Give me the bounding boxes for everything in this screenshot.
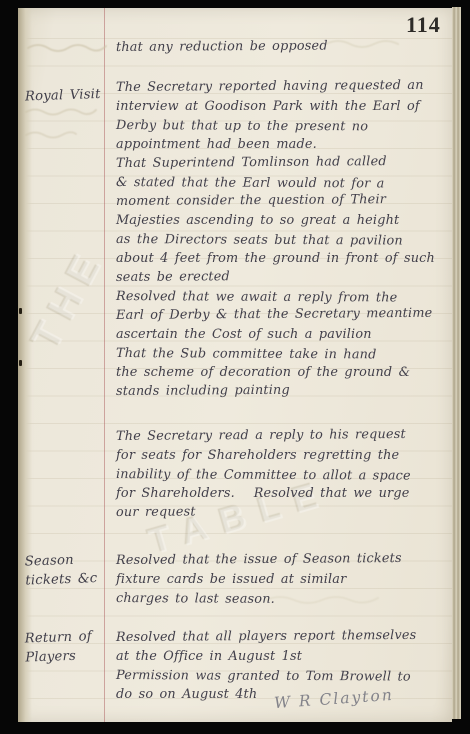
photographed-minute-book-page: THE TABLE 114 that any reduction be oppo…: [0, 0, 470, 734]
handwritten-line: That the Sub committee take in hand: [116, 344, 435, 365]
handwritten-line: fixture cards be issued at similar: [116, 570, 402, 589]
handwritten-line: interview at Goodison Park with the Earl…: [116, 97, 435, 116]
handwritten-line: Resolved that all players report themsel…: [116, 626, 417, 647]
embossed-watermark: THE: [23, 239, 114, 357]
handwritten-line: moment consider the question of Their: [116, 190, 435, 211]
margin-heading-line: Royal Visit: [25, 84, 114, 106]
handwritten-line: for seats for Shareholders regretting th…: [116, 446, 435, 465]
handwritten-line: seats be erected: [116, 266, 435, 287]
handwritten-line: Majesties ascending to so great a height: [116, 211, 435, 230]
handwritten-line: inability of the Committee to allot a sp…: [116, 465, 435, 486]
margin-heading: Royal Visit: [25, 84, 114, 106]
margin-heading-line: Players: [25, 645, 114, 667]
handwritten-line: Derby but that up to the present no: [116, 116, 435, 137]
handwritten-line: The Secretary reported having requested …: [116, 76, 435, 97]
handwritten-line: at the Office in August 1st: [116, 647, 416, 666]
handwritten-line: as the Directors seats but that a pavili…: [116, 230, 435, 251]
handwritten-line: The Secretary read a reply to his reques…: [116, 425, 435, 446]
handwritten-line: Earl of Derby & that the Secretary meant…: [116, 304, 435, 325]
binding-stitch: [19, 360, 22, 366]
book-page-edges: [452, 7, 461, 719]
page-number: 114: [406, 12, 441, 38]
margin-heading-line: tickets &c: [25, 568, 114, 590]
handwritten-line: our request: [116, 501, 435, 522]
handwritten-line: that any reduction be opposed: [116, 37, 328, 57]
handwritten-line: charges to last season.: [116, 589, 402, 609]
handwritten-line: ascertain the Cost of such a pavilion: [116, 325, 435, 344]
notebook-page: THE TABLE 114 that any reduction be oppo…: [18, 8, 452, 722]
handwritten-line: stands including painting: [116, 380, 435, 401]
handwritten-line: Permission was granted to Tom Browell to: [116, 666, 417, 687]
binding-stitch: [19, 308, 22, 314]
handwritten-line: That Superintend Tomlinson had called: [116, 152, 435, 173]
margin-heading: Seasontickets &c: [24, 549, 113, 590]
handwritten-line: [116, 401, 435, 427]
handwritten-line: Resolved that the issue of Season ticket…: [116, 549, 402, 570]
margin-heading: Return ofPlayers: [24, 626, 113, 667]
margin-rule-line: [104, 8, 105, 722]
